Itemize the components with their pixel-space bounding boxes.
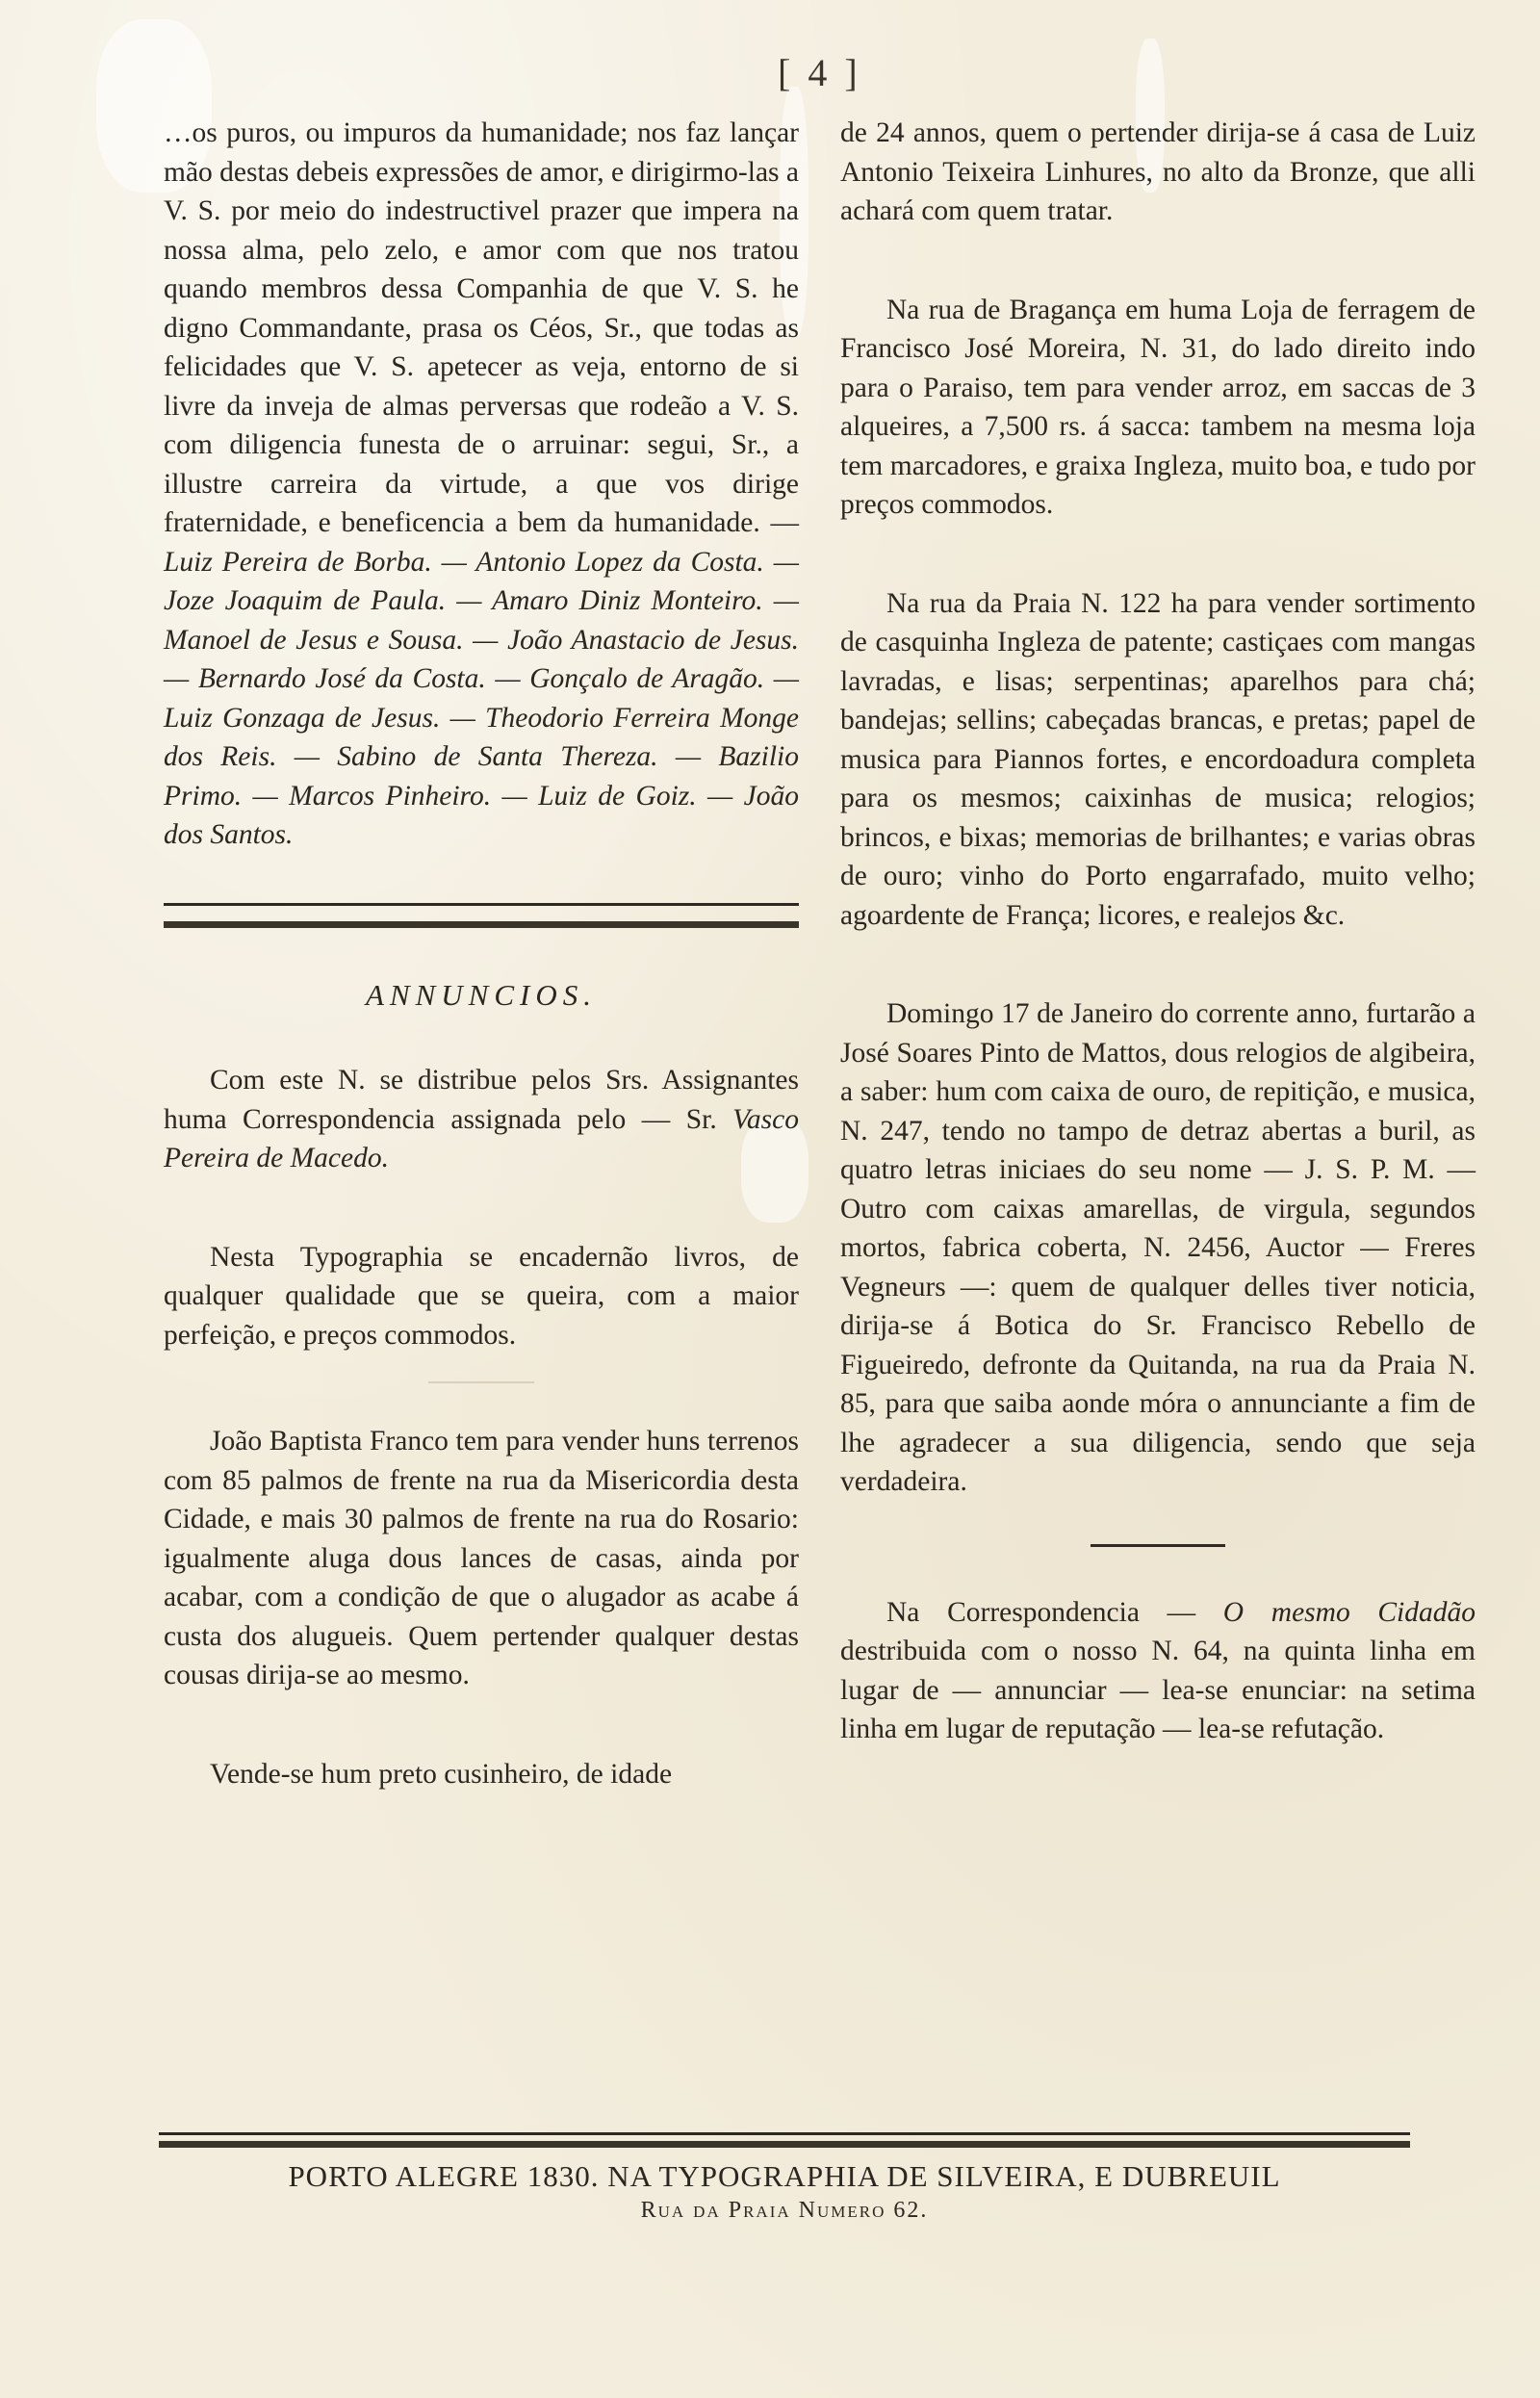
ad-divider [428, 1381, 534, 1383]
page-number: [ 4 ] [778, 50, 861, 95]
ad-cusinheiro: Vende-se hum preto cusinheiro, de idade [164, 1755, 799, 1794]
letter-signatures: Luiz Pereira de Borba. — Antonio Lopez d… [164, 547, 799, 851]
newspaper-page: [ 4 ] …os puros, ou impuros da humanidad… [0, 0, 1540, 2398]
section-divider [164, 903, 799, 928]
left-column: …os puros, ou impuros da humanidade; nos… [164, 114, 799, 1793]
erratum-title: O mesmo Cidadão [1223, 1597, 1476, 1628]
imprint-address: Rua da Praia Numero 62. [159, 2198, 1410, 2224]
imprint-footer: PORTO ALEGRE 1830. NA TYPOGRAPHIA DE SIL… [159, 2132, 1410, 2224]
ad-text: Com este N. se distribue pelos Srs. Assi… [164, 1065, 799, 1135]
ad-rua-da-praia-122: Na rua da Praia N. 122 ha para vender so… [840, 584, 1476, 936]
erratum-divider [1091, 1544, 1225, 1547]
erratum-prefix: Na Correspondencia — [886, 1597, 1223, 1628]
right-column: de 24 annos, quem o pertender dirija-se … [840, 114, 1476, 1749]
ad-typographia: Nesta Typographia se encadernão livros, … [164, 1238, 799, 1355]
ad-correspondencia: Com este N. se distribue pelos Srs. Assi… [164, 1061, 799, 1178]
erratum: Na Correspondencia — O mesmo Cidadão des… [840, 1593, 1476, 1749]
ad-relogios-furtados: Domingo 17 de Janeiro do corrente anno, … [840, 994, 1476, 1502]
ad-cusinheiro-continuation: de 24 annos, quem o pertender dirija-se … [840, 114, 1476, 231]
section-title-annuncios: ANNUNCIOS. [164, 976, 799, 1016]
ad-terrenos: João Baptista Franco tem para vender hun… [164, 1422, 799, 1695]
imprint-line: PORTO ALEGRE 1830. NA TYPOGRAPHIA DE SIL… [159, 2159, 1410, 2194]
letter-text: …os puros, ou impuros da humanidade; nos… [164, 117, 799, 538]
letter-body: …os puros, ou impuros da humanidade; nos… [164, 114, 799, 855]
erratum-text: destribuida com o nosso N. 64, na quinta… [840, 1636, 1476, 1744]
ad-ferragem-braganca: Na rua de Bragança em huma Loja de ferra… [840, 291, 1476, 525]
footer-rule [159, 2132, 1410, 2148]
